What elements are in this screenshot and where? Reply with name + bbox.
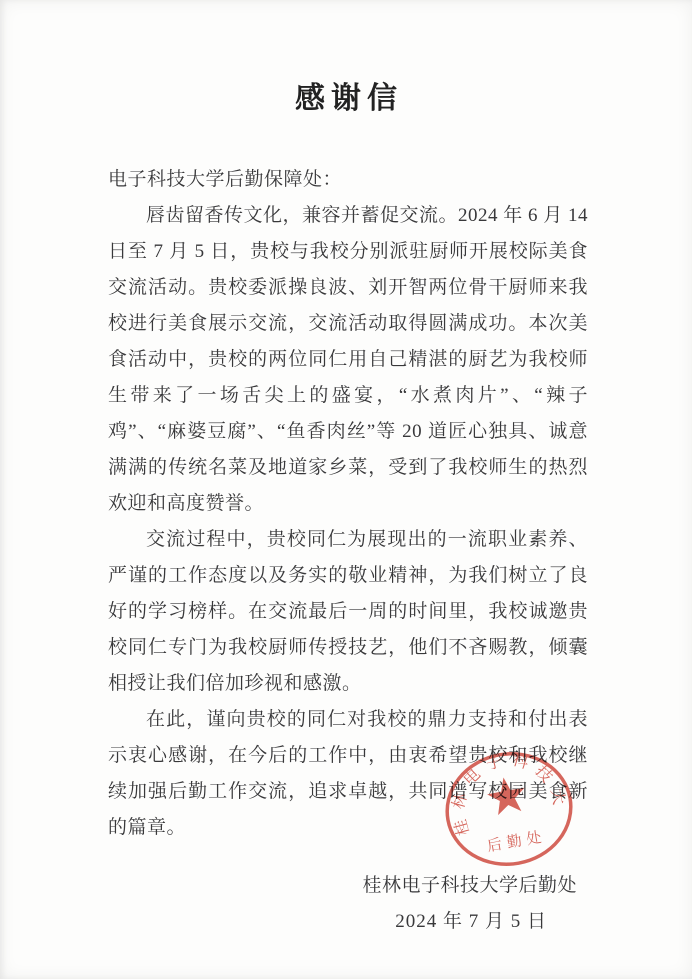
paragraph-3: 在此，谨向贵校的同仁对我校的鼎力支持和付出表示衷心感谢，在今后的工作中，由衷希望… [108, 702, 588, 846]
signature-org: 桂林电子科技大学后勤处 [0, 868, 692, 904]
letter-body: 电子科技大学后勤保障处： 唇齿留香传文化，兼容并蓄促交流。2024 年 6 月 … [108, 162, 588, 846]
paragraph-2: 交流过程中，贵校同仁为展现出的一流职业素养、严谨的工作态度以及务实的敬业精神，为… [108, 522, 588, 702]
letter-title: 感谢信 [0, 82, 692, 116]
salutation: 电子科技大学后勤保障处： [108, 162, 588, 198]
signature-date: 2024 年 7 月 5 日 [0, 904, 692, 940]
signature-block: 桂林电子科技大学后勤处 2024 年 7 月 5 日 [0, 868, 692, 940]
letter-page: 感谢信 电子科技大学后勤保障处： 唇齿留香传文化，兼容并蓄促交流。2024 年 … [0, 0, 692, 979]
paragraph-1: 唇齿留香传文化，兼容并蓄促交流。2024 年 6 月 14 日至 7 月 5 日… [108, 198, 588, 522]
